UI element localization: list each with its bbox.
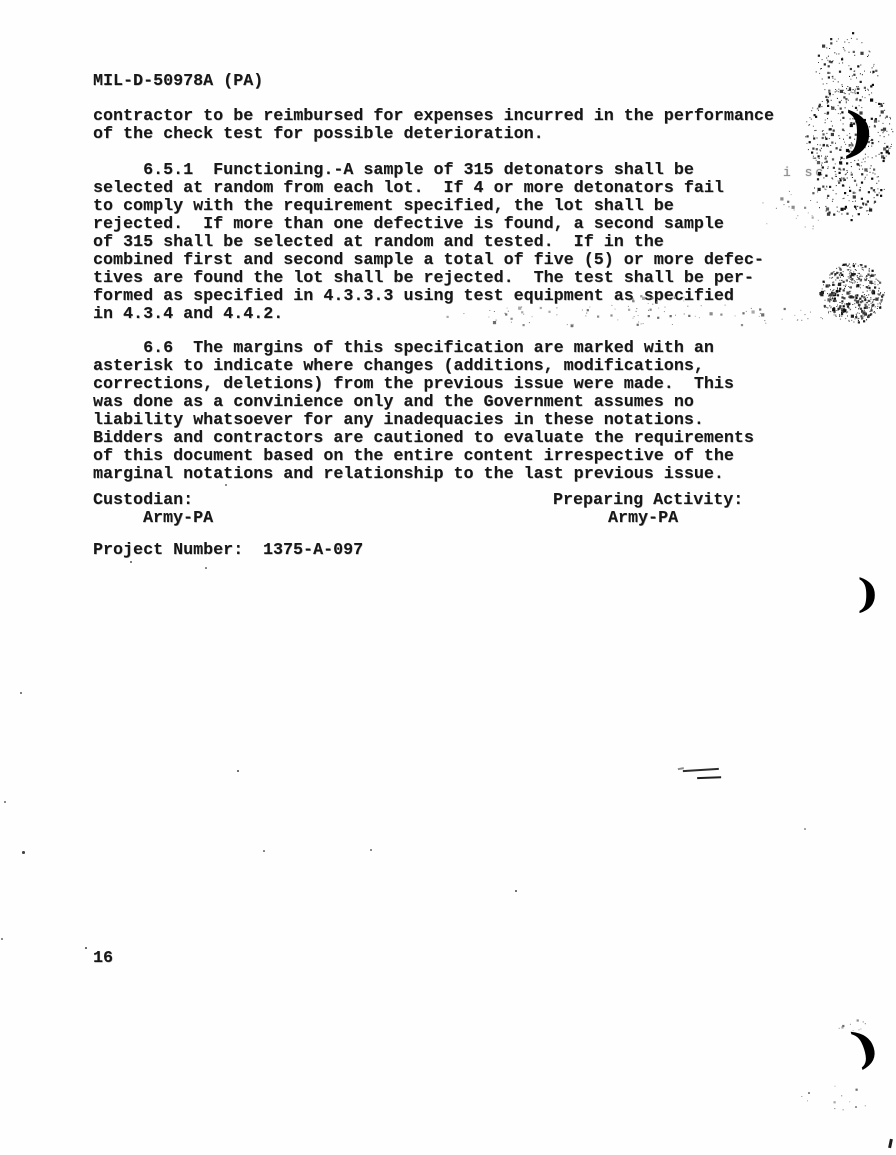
scan-mark-paren-bottom: )	[847, 1025, 885, 1072]
project-number-label: Project Number:	[93, 542, 243, 560]
ink-smudge-top-right	[805, 85, 806, 86]
custodian-label: Custodian:	[93, 492, 193, 510]
project-number-value: 1375-A-097	[263, 542, 363, 560]
paragraph-intro: contractor to be reimbursed for expenses…	[93, 108, 774, 144]
custodian-value: Army-PA	[143, 510, 213, 528]
paragraph-6-5-1: 6.5.1 Functioning.-A sample of 315 deton…	[93, 162, 764, 324]
smudge-line	[620, 294, 621, 295]
smudge-line	[445, 303, 446, 304]
ink-smudge-top-right	[812, 160, 813, 161]
scan-mark-double-line	[678, 765, 723, 783]
ink-smudge-top-right	[815, 32, 816, 33]
document-id: MIL-D-50978A (PA)	[93, 73, 263, 91]
ink-smudge-sparse	[750, 190, 751, 191]
scanned-document-page: MIL-D-50978A (PA) contractor to be reimb…	[0, 0, 896, 1155]
ink-blot-right	[820, 263, 821, 264]
scan-edge-mark	[888, 1139, 893, 1148]
scan-mark-paren-top: )	[843, 105, 877, 160]
smudge-above-paren	[832, 1018, 833, 1019]
smudge-bottom-right	[800, 1085, 801, 1086]
marginal-pencil-note: i sc	[783, 165, 826, 180]
paragraph-6-6: 6.6 The margins of this specification ar…	[93, 340, 754, 484]
page-number: 16	[93, 950, 113, 968]
preparing-activity-label: Preparing Activity:	[553, 492, 743, 510]
scan-mark-paren-middle: )	[857, 575, 879, 614]
preparing-activity-value: Army-PA	[608, 510, 678, 528]
